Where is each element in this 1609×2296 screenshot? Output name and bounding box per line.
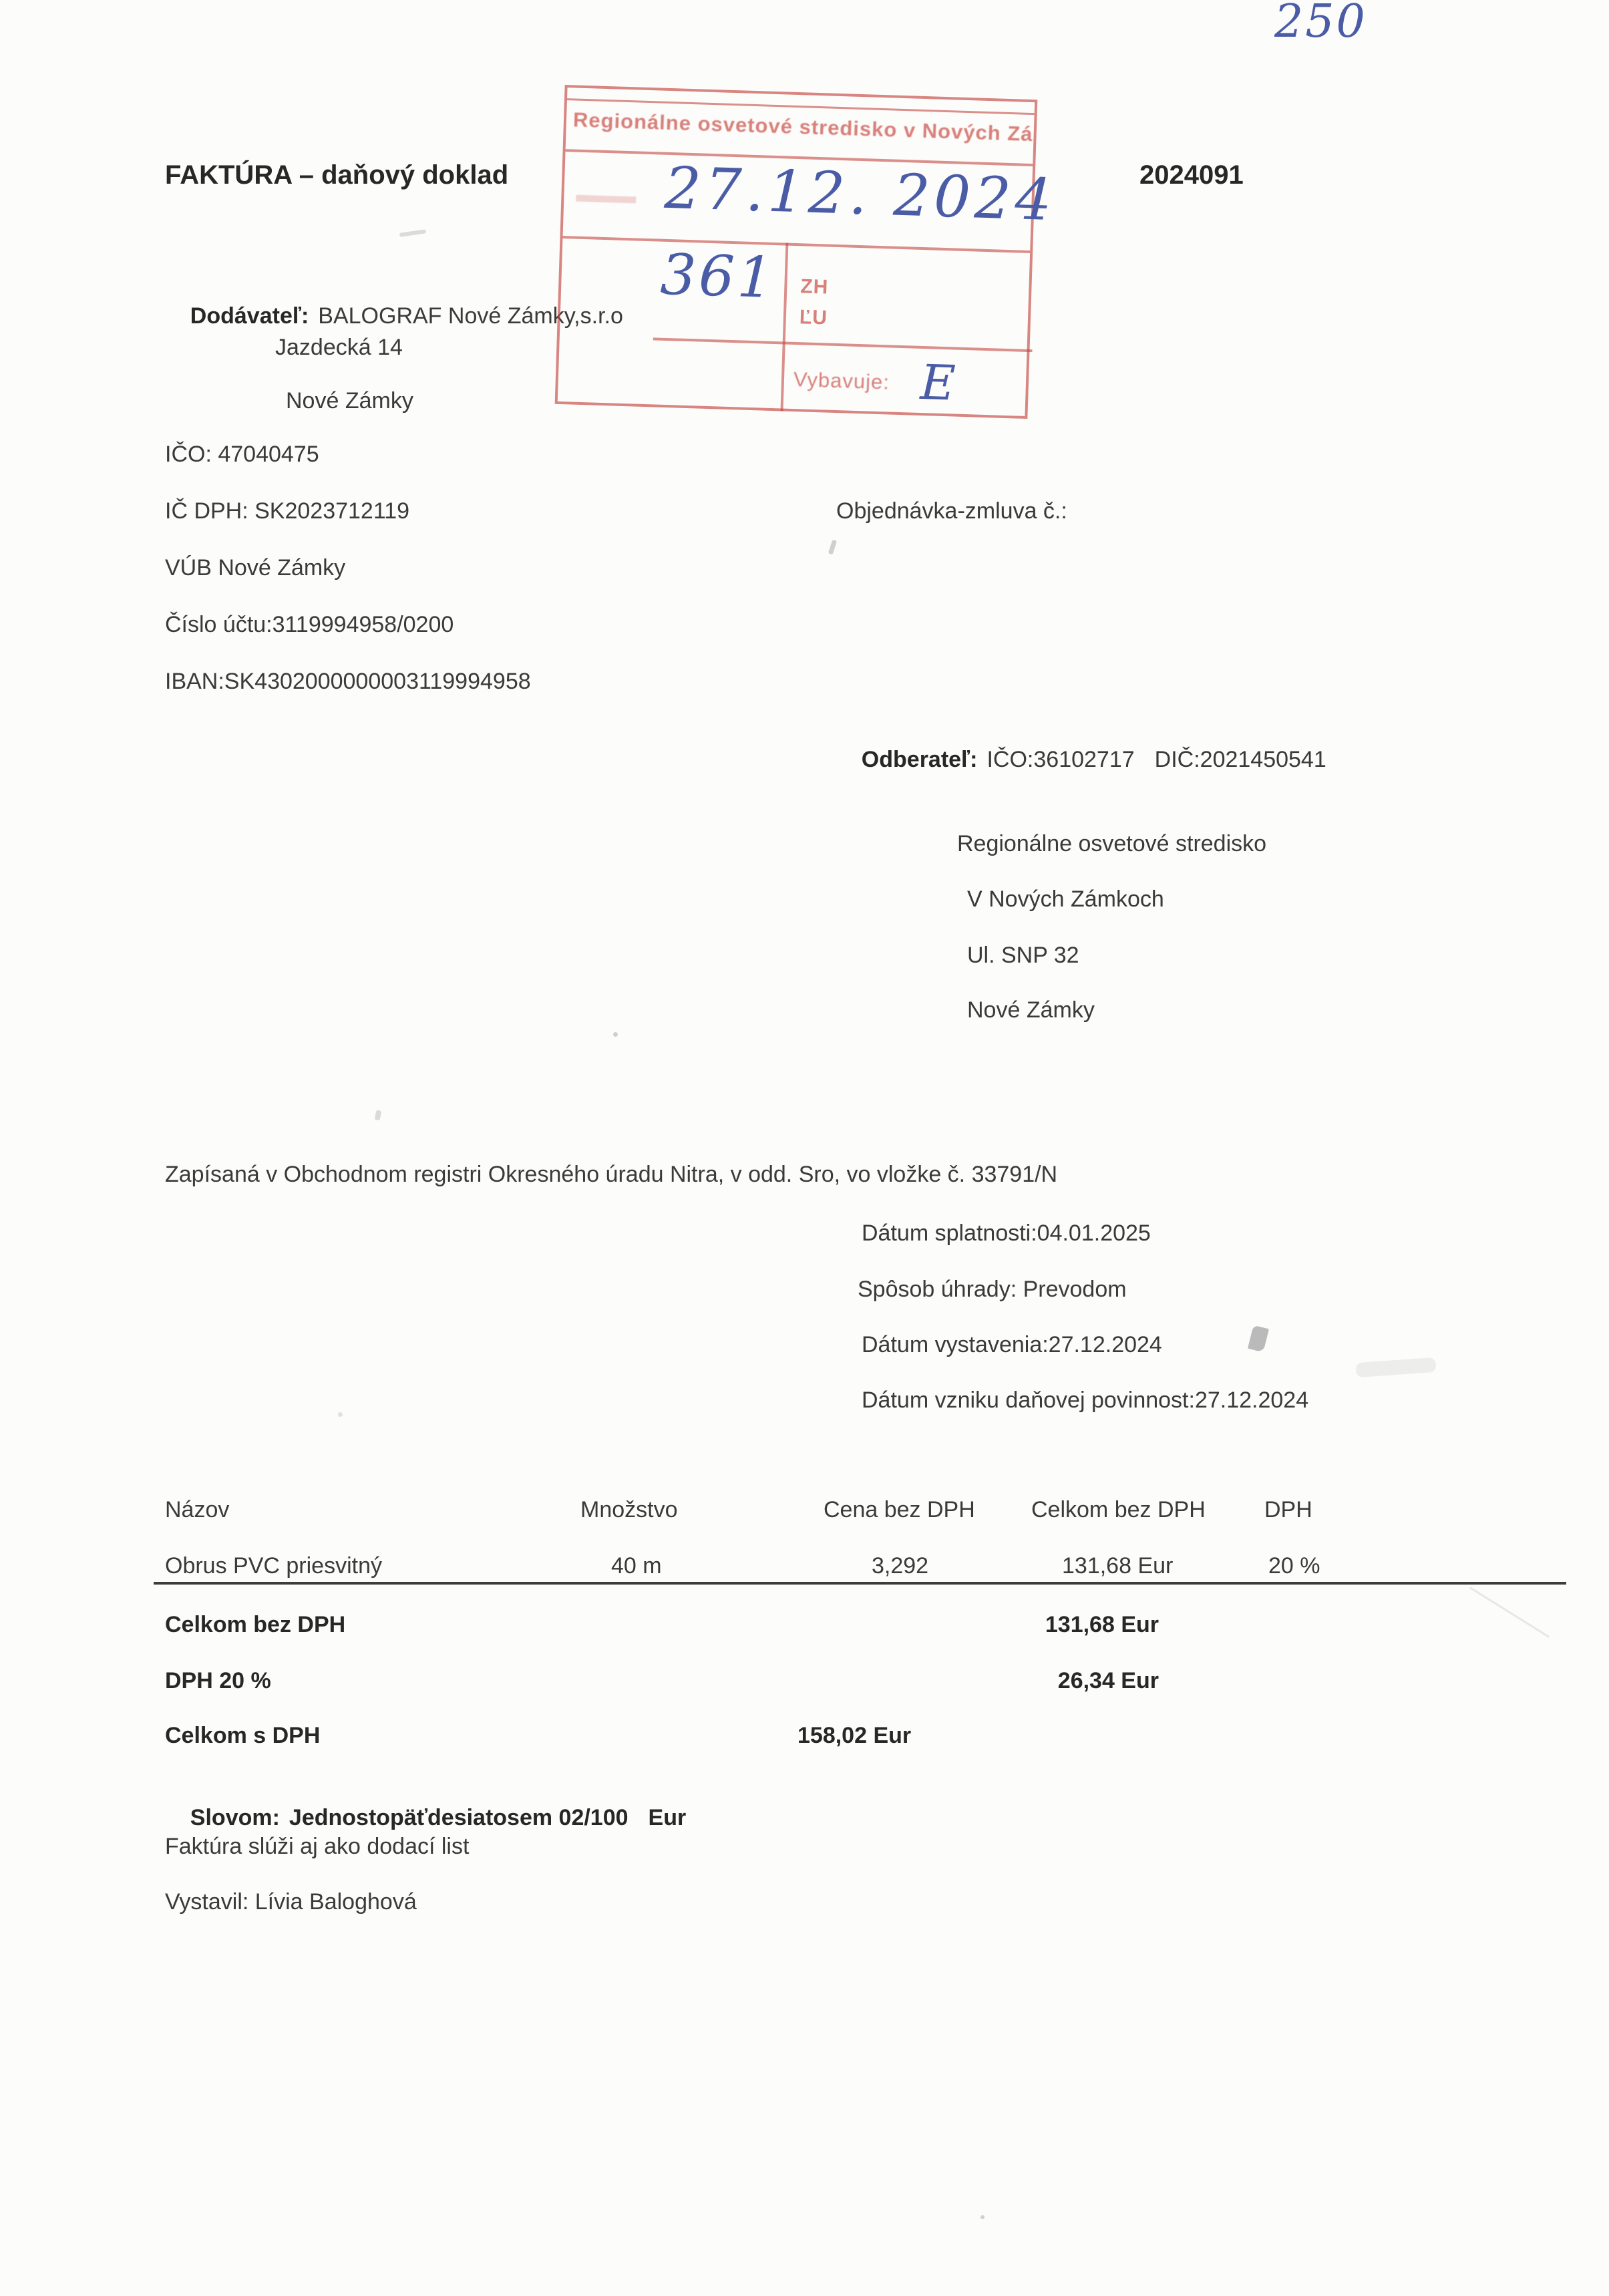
scan-artifact bbox=[980, 2215, 985, 2219]
customer-line2: V Nových Zámkoch bbox=[967, 886, 1164, 913]
supplier-account: Číslo účtu:3119994958/0200 bbox=[165, 611, 454, 639]
supplier-ic-dph: IČ DPH: SK2023712119 bbox=[165, 498, 409, 525]
amount-currency: Eur bbox=[649, 1805, 687, 1830]
supplier-street: Jazdecká 14 bbox=[275, 334, 403, 361]
scan-artifact bbox=[1355, 1357, 1436, 1377]
stamp-vybavuje-label: Vybavuje: bbox=[793, 367, 890, 395]
supplier-bank: VÚB Nové Zámky bbox=[165, 554, 345, 582]
col-header-mnozstvo: Množstvo bbox=[580, 1496, 678, 1524]
delivery-note-line: Faktúra slúži aj ako dodací list bbox=[165, 1833, 469, 1860]
stamp-number-handwritten: 361 bbox=[659, 242, 776, 311]
supplier-ico: IČO: 47040475 bbox=[165, 441, 319, 468]
col-header-dph: DPH bbox=[1264, 1496, 1312, 1524]
stamp-vertical-divider bbox=[781, 243, 789, 412]
order-number-label: Objednávka-zmluva č.: bbox=[836, 498, 1067, 525]
customer-ico: IČO:36102717 bbox=[987, 747, 1134, 772]
stamp-date-handwritten: 27.12. 2024 bbox=[663, 155, 1057, 234]
stamp-divider-3 bbox=[653, 337, 1033, 352]
stamp-illegible-label bbox=[576, 195, 636, 204]
date-tax-point: Dátum vzniku daňovej povinnost:27.12.202… bbox=[862, 1387, 1308, 1414]
payment-method: Spôsob úhrady: Prevodom bbox=[858, 1276, 1127, 1303]
col-header-nazov: Názov bbox=[165, 1496, 229, 1524]
item-name: Obrus PVC priesvitný bbox=[165, 1552, 382, 1580]
date-issued: Dátum vystavenia:27.12.2024 bbox=[862, 1331, 1162, 1359]
amount-in-words: Jednostopäťdesiatosem 02/100 bbox=[289, 1805, 629, 1830]
scan-artifact bbox=[828, 539, 837, 554]
total-value: 158,02 Eur bbox=[797, 1722, 911, 1750]
subtotal-value: 131,68 Eur bbox=[985, 1611, 1159, 1639]
supplier-city: Nové Zámky bbox=[286, 387, 413, 415]
scan-artifact bbox=[399, 229, 426, 237]
scan-artifact bbox=[338, 1412, 343, 1417]
stamp-vybavuje-value: E bbox=[920, 354, 956, 412]
handwritten-page-number: 250 bbox=[1274, 0, 1367, 49]
subtotal-label: Celkom bez DPH bbox=[165, 1611, 345, 1639]
slovom-label: Slovom: bbox=[190, 1805, 280, 1830]
incoming-stamp: Regionálne osvetové stredisko v Nových Z… bbox=[555, 85, 1038, 419]
scan-artifact bbox=[1469, 1587, 1550, 1638]
stamp-code-lu: ĽU bbox=[799, 306, 828, 329]
customer-city: Nové Zámky bbox=[967, 997, 1095, 1024]
item-line-total: 131,68 Eur bbox=[1062, 1552, 1173, 1580]
registry-note: Zapísaná v Obchodnom registri Okresného … bbox=[165, 1161, 1057, 1188]
date-due: Dátum splatnosti:04.01.2025 bbox=[862, 1220, 1151, 1247]
vat-label: DPH 20 % bbox=[165, 1667, 271, 1695]
item-vat-rate: 20 % bbox=[1268, 1552, 1320, 1580]
customer-street: Ul. SNP 32 bbox=[967, 942, 1079, 969]
customer-dic: DIČ:2021450541 bbox=[1155, 747, 1326, 772]
customer-name: Regionálne osvetové stredisko bbox=[957, 830, 1266, 858]
stamp-org-name: Regionálne osvetové stredisko v Nových Z… bbox=[572, 108, 1033, 152]
supplier-label: Dodávateľ: bbox=[190, 303, 309, 329]
vat-value: 26,34 Eur bbox=[985, 1667, 1159, 1695]
invoice-number: 2024091 bbox=[1139, 159, 1244, 191]
scan-artifact bbox=[375, 1110, 382, 1120]
customer-label: Odberateľ: bbox=[862, 747, 978, 772]
issued-by-line: Vystavil: Lívia Baloghová bbox=[165, 1889, 417, 1916]
item-quantity: 40 m bbox=[611, 1552, 662, 1580]
stamp-divider-2 bbox=[562, 236, 1030, 253]
customer-line: Odberateľ:IČO:36102717DIČ:2021450541 bbox=[836, 719, 1326, 800]
col-header-cena-bez-dph: Cena bez DPH bbox=[824, 1496, 975, 1524]
table-rule bbox=[154, 1582, 1566, 1585]
supplier-iban: IBAN:SK4302000000003119994958 bbox=[165, 668, 531, 695]
invoice-scan-page: 250 FAKTÚRA – daňový doklad 2024091 Dodá… bbox=[0, 0, 1609, 2296]
col-header-celkom-bez-dph: Celkom bez DPH bbox=[1031, 1496, 1206, 1524]
scan-artifact bbox=[1248, 1325, 1269, 1353]
item-unit-price: 3,292 bbox=[872, 1552, 928, 1580]
stamp-code-zh: ZH bbox=[800, 275, 829, 299]
page-title: FAKTÚRA – daňový doklad bbox=[165, 159, 508, 191]
total-label: Celkom s DPH bbox=[165, 1722, 320, 1750]
scan-artifact bbox=[613, 1032, 618, 1037]
